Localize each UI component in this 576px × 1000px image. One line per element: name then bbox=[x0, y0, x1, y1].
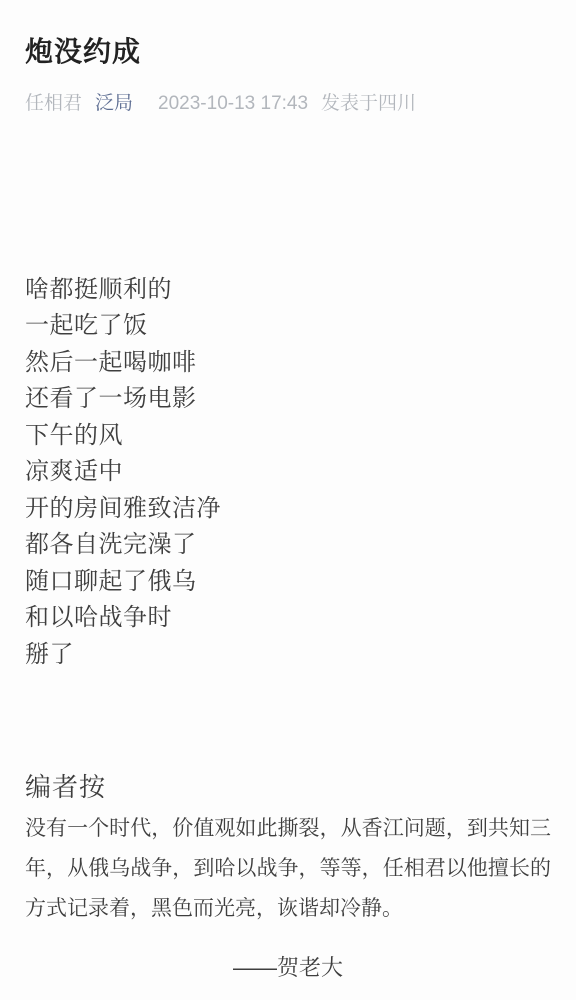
poem-line: 开的房间雅致洁净 bbox=[25, 491, 551, 528]
editor-note-body: 没有一个时代，价值观如此撕裂，从香江问题，到共知三年，从俄乌战争，到哈以战争，等… bbox=[25, 809, 551, 929]
author-name: 任相君 bbox=[25, 93, 82, 116]
editor-note-signature: ——贺老大 bbox=[25, 955, 551, 981]
poem-line: 随口聊起了俄乌 bbox=[25, 564, 551, 601]
poem-line: 啥都挺顺利的 bbox=[25, 272, 551, 309]
poem-line: 还看了一场电影 bbox=[25, 381, 551, 418]
poem-line: 掰了 bbox=[25, 637, 551, 674]
byline: 任相君 泛局 2023-10-13 17:43 发表于四川 bbox=[25, 93, 551, 116]
poem-line: 然后一起喝咖啡 bbox=[25, 345, 551, 382]
poem-line: 凉爽适中 bbox=[25, 454, 551, 491]
poem-body: 啥都挺顺利的一起吃了饭然后一起喝咖啡还看了一场电影下午的风凉爽适中开的房间雅致洁… bbox=[25, 272, 551, 674]
poem-line: 下午的风 bbox=[25, 418, 551, 455]
publish-datetime: 2023-10-13 17:43 bbox=[158, 93, 308, 116]
article-page: 炮没约成 任相君 泛局 2023-10-13 17:43 发表于四川 啥都挺顺利… bbox=[0, 0, 576, 1000]
article-title: 炮没约成 bbox=[25, 0, 551, 71]
poem-line: 和以哈战争时 bbox=[25, 600, 551, 637]
poem-line: 都各自洗完澡了 bbox=[25, 527, 551, 564]
publish-location: 发表于四川 bbox=[321, 93, 416, 116]
poem-line: 一起吃了饭 bbox=[25, 308, 551, 345]
account-name-link[interactable]: 泛局 bbox=[95, 93, 133, 116]
editor-note-heading: 编者按 bbox=[25, 771, 551, 805]
